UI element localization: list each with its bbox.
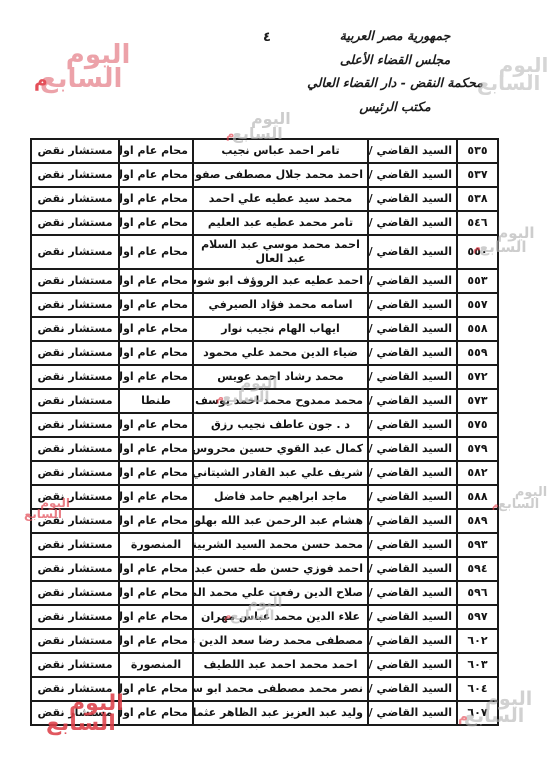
judge-name-cell: احمد عطيه عبد الروؤف ابو شوشه	[193, 269, 368, 293]
row-number-cell: ٦٠٧	[457, 701, 498, 725]
grade-cell: مستشار نقض	[31, 701, 119, 725]
qadi-label-cell: السيد القاضي /	[368, 163, 457, 187]
table-row: ٦٠٧السيد القاضي /وليد عبد العزيز عبد الظ…	[31, 701, 498, 725]
row-number-cell: ٥٤٦	[457, 211, 498, 235]
post-cell: محام عام اول	[119, 293, 193, 317]
grade-cell: مستشار نقض	[31, 389, 119, 413]
letterhead-line-court: محكمة النقض - دار القضاء العالي	[300, 71, 490, 95]
qadi-label-cell: السيد القاضي /	[368, 269, 457, 293]
post-cell: محام عام اول	[119, 677, 193, 701]
judges-table: ٥٣٥السيد القاضي /تامر احمد عباس نجيبمحام…	[30, 138, 499, 726]
grade-cell: مستشار نقض	[31, 187, 119, 211]
post-cell: طنطا	[119, 389, 193, 413]
judge-name-cell: د . جون عاطف نجيب رزق	[193, 413, 368, 437]
row-number-cell: ٥٧٥	[457, 413, 498, 437]
row-number-cell: ٥٨٢	[457, 461, 498, 485]
letterhead-line-council: مجلس القضاء الأعلى	[300, 48, 490, 72]
grade-cell: مستشار نقض	[31, 341, 119, 365]
table-row: ٥٣٥السيد القاضي /تامر احمد عباس نجيبمحام…	[31, 139, 498, 163]
grade-cell: مستشار نقض	[31, 293, 119, 317]
row-number-cell: ٥٧٩	[457, 437, 498, 461]
grade-cell: مستشار نقض	[31, 211, 119, 235]
post-cell: محام عام اول	[119, 509, 193, 533]
qadi-label-cell: السيد القاضي /	[368, 211, 457, 235]
letterhead: جمهورية مصر العربية مجلس القضاء الأعلى م…	[300, 24, 490, 118]
grade-cell: مستشار نقض	[31, 557, 119, 581]
judge-name-cell: محمد ممدوح محمد احمد يوسف	[193, 389, 368, 413]
judge-name-cell: ضياء الدين محمد علي محمود	[193, 341, 368, 365]
qadi-label-cell: السيد القاضي /	[368, 461, 457, 485]
qadi-label-cell: السيد القاضي /	[368, 485, 457, 509]
post-cell: محام عام اول	[119, 235, 193, 269]
row-number-cell: ٥٩٤	[457, 557, 498, 581]
grade-cell: مستشار نقض	[31, 677, 119, 701]
table-row: ٥٥٧السيد القاضي /اسامه محمد فؤاد الصيرفي…	[31, 293, 498, 317]
grade-cell: مستشار نقض	[31, 163, 119, 187]
judge-name-cell: علاء الدين محمد عباس مهران	[193, 605, 368, 629]
row-number-cell: ٥٨٨	[457, 485, 498, 509]
table-row: ٥٧٥السيد القاضي /د . جون عاطف نجيب رزقمح…	[31, 413, 498, 437]
youm7-logo-line1: اليوم	[498, 487, 547, 499]
qadi-label-cell: السيد القاضي /	[368, 509, 457, 533]
row-number-cell: ٥٧٢	[457, 365, 498, 389]
table-row: ٥٨٨السيد القاضي /ماجد ابراهيم حامد فاضلم…	[31, 485, 498, 509]
qadi-label-cell: السيد القاضي /	[368, 629, 457, 653]
table-row: ٥٥٣السيد القاضي /احمد عطيه عبد الروؤف اب…	[31, 269, 498, 293]
grade-cell: مستشار نقض	[31, 139, 119, 163]
table-row: ٦٠٢السيد القاضي /مصطفى محمد رضا سعد الدي…	[31, 629, 498, 653]
table-row: ٦٠٤السيد القاضي /نصر محمد مصطفى محمد ابو…	[31, 677, 498, 701]
qadi-label-cell: السيد القاضي /	[368, 437, 457, 461]
judge-name-cell: احمد محمد احمد عبد اللطيف	[193, 653, 368, 677]
grade-cell: مستشار نقض	[31, 605, 119, 629]
table-row: ٥٨٩السيد القاضي /هشام عبد الرحمن عبد الل…	[31, 509, 498, 533]
row-number-cell: ٥٨٩	[457, 509, 498, 533]
table-row: ٥٥٩السيد القاضي /ضياء الدين محمد علي محم…	[31, 341, 498, 365]
post-cell: محام عام اول	[119, 139, 193, 163]
youm7-logo-line2: السابع	[498, 499, 539, 511]
judge-name-cell: نصر محمد مصطفى محمد ابو سديرة	[193, 677, 368, 701]
letterhead-line-republic: جمهورية مصر العربية	[300, 24, 490, 48]
judge-name-cell: محمد سيد عطيه علي احمد	[193, 187, 368, 211]
post-cell: محام عام اول	[119, 187, 193, 211]
youm7-logo-icon: اليوم السابع م	[40, 44, 130, 92]
judge-name-cell: ماجد ابراهيم حامد فاضل	[193, 485, 368, 509]
qadi-label-cell: السيد القاضي /	[368, 293, 457, 317]
table-row: ٥٥٨السيد القاضي /ايهاب الهام نجيب نوارمح…	[31, 317, 498, 341]
post-cell: محام عام اول	[119, 485, 193, 509]
qadi-label-cell: السيد القاضي /	[368, 533, 457, 557]
row-number-cell: ٥٩٦	[457, 581, 498, 605]
grade-cell: مستشار نقض	[31, 413, 119, 437]
grade-cell: مستشار نقض	[31, 235, 119, 269]
qadi-label-cell: السيد القاضي /	[368, 677, 457, 701]
qadi-label-cell: السيد القاضي /	[368, 139, 457, 163]
post-cell: محام عام اول	[119, 701, 193, 725]
post-cell: محام عام اول	[119, 317, 193, 341]
table-row: ٥٥٠السيد القاضي /احمد محمد موسي عبد السل…	[31, 235, 498, 269]
youm7-logo-line1: اليوم	[40, 44, 130, 68]
qadi-label-cell: السيد القاضي /	[368, 389, 457, 413]
qadi-label-cell: السيد القاضي /	[368, 581, 457, 605]
post-cell: محام عام اول	[119, 581, 193, 605]
table-row: ٦٠٣السيد القاضي /احمد محمد احمد عبد اللط…	[31, 653, 498, 677]
row-number-cell: ٥٧٣	[457, 389, 498, 413]
grade-cell: مستشار نقض	[31, 509, 119, 533]
judge-name-cell: اسامه محمد فؤاد الصيرفي	[193, 293, 368, 317]
row-number-cell: ٦٠٣	[457, 653, 498, 677]
post-cell: المنصورة	[119, 653, 193, 677]
post-cell: محام عام اول	[119, 437, 193, 461]
row-number-cell: ٦٠٤	[457, 677, 498, 701]
qadi-label-cell: السيد القاضي /	[368, 605, 457, 629]
grade-cell: مستشار نقض	[31, 269, 119, 293]
page-number: ٤	[263, 30, 271, 45]
table-row: ٥٩٧السيد القاضي /علاء الدين محمد عباس مه…	[31, 605, 498, 629]
qadi-label-cell: السيد القاضي /	[368, 653, 457, 677]
post-cell: محام عام اول	[119, 269, 193, 293]
row-number-cell: ٥٥٧	[457, 293, 498, 317]
row-number-cell: ٥٩٧	[457, 605, 498, 629]
post-cell: محام عام اول	[119, 413, 193, 437]
grade-cell: مستشار نقض	[31, 365, 119, 389]
post-cell: المنصورة	[119, 533, 193, 557]
youm7-logo-line2: السابع	[40, 68, 122, 92]
judge-name-cell: احمد محمد موسي عبد السلام عبد العال	[193, 235, 368, 269]
table-row: ٥٤٦السيد القاضي /تامر محمد عطيه عبد العل…	[31, 211, 498, 235]
judge-name-cell: هشام عبد الرحمن عبد الله بهلول	[193, 509, 368, 533]
grade-cell: مستشار نقض	[31, 461, 119, 485]
row-number-cell: ٥٥٨	[457, 317, 498, 341]
judges-table-body: ٥٣٥السيد القاضي /تامر احمد عباس نجيبمحام…	[31, 139, 498, 725]
row-number-cell: ٥٣٧	[457, 163, 498, 187]
table-row: ٥٧٢السيد القاضي /محمد رشاد احمد عويسمحام…	[31, 365, 498, 389]
qadi-label-cell: السيد القاضي /	[368, 365, 457, 389]
judge-name-cell: محمد حسن محمد السيد الشربيني	[193, 533, 368, 557]
table-row: ٥٧٣السيد القاضي /محمد ممدوح محمد احمد يو…	[31, 389, 498, 413]
scanned-document-page: ٤ جمهورية مصر العربية مجلس القضاء الأعلى…	[0, 0, 550, 778]
row-number-cell: ٥٩٣	[457, 533, 498, 557]
post-cell: محام عام اول	[119, 341, 193, 365]
post-cell: محام عام اول	[119, 629, 193, 653]
row-number-cell: ٥٥٩	[457, 341, 498, 365]
qadi-label-cell: السيد القاضي /	[368, 187, 457, 211]
grade-cell: مستشار نقض	[31, 437, 119, 461]
youm7-logo-accent-icon: م	[34, 72, 48, 91]
qadi-label-cell: السيد القاضي /	[368, 341, 457, 365]
grade-cell: مستشار نقض	[31, 629, 119, 653]
row-number-cell: ٥٥٠	[457, 235, 498, 269]
qadi-label-cell: السيد القاضي /	[368, 235, 457, 269]
table-row: ٥٧٩السيد القاضي /كمال عبد القوي حسين محر…	[31, 437, 498, 461]
letterhead-line-office: مكتب الرئيس	[300, 95, 490, 119]
row-number-cell: ٥٣٨	[457, 187, 498, 211]
post-cell: محام عام اول	[119, 365, 193, 389]
judge-name-cell: ايهاب الهام نجيب نوار	[193, 317, 368, 341]
grade-cell: مستشار نقض	[31, 317, 119, 341]
judge-name-cell: صلاح الدين رفعت علي محمد المرسي	[193, 581, 368, 605]
post-cell: محام عام اول	[119, 163, 193, 187]
judge-name-cell: احمد فوزي حسن طه حسن عبد الواحد	[193, 557, 368, 581]
table-row: ٥٩٦السيد القاضي /صلاح الدين رفعت علي محم…	[31, 581, 498, 605]
row-number-cell: ٥٥٣	[457, 269, 498, 293]
post-cell: محام عام اول	[119, 605, 193, 629]
grade-cell: مستشار نقض	[31, 581, 119, 605]
youm7-logo-line1: اليوم	[232, 112, 291, 127]
judge-name-cell: احمد محمد جلال مصطفى صفوت	[193, 163, 368, 187]
table-row: ٥٨٢السيد القاضي /شريف علي عبد القادر الش…	[31, 461, 498, 485]
qadi-label-cell: السيد القاضي /	[368, 557, 457, 581]
table-row: ٥٩٣السيد القاضي /محمد حسن محمد السيد الش…	[31, 533, 498, 557]
grade-cell: مستشار نقض	[31, 533, 119, 557]
judge-name-cell: محمد رشاد احمد عويس	[193, 365, 368, 389]
judge-name-cell: تامر محمد عطيه عبد العليم	[193, 211, 368, 235]
grade-cell: مستشار نقض	[31, 653, 119, 677]
post-cell: محام عام اول	[119, 211, 193, 235]
judge-name-cell: مصطفى محمد رضا سعد الدين توفيق	[193, 629, 368, 653]
judge-name-cell: شريف علي عبد القادر الشيتاني	[193, 461, 368, 485]
grade-cell: مستشار نقض	[31, 485, 119, 509]
table-row: ٥٣٧السيد القاضي /احمد محمد جلال مصطفى صف…	[31, 163, 498, 187]
row-number-cell: ٦٠٢	[457, 629, 498, 653]
table-row: ٥٣٨السيد القاضي /محمد سيد عطيه علي احمدم…	[31, 187, 498, 211]
judge-name-cell: وليد عبد العزيز عبد الظاهر عثمان	[193, 701, 368, 725]
judge-name-cell: كمال عبد القوي حسين محروس	[193, 437, 368, 461]
row-number-cell: ٥٣٥	[457, 139, 498, 163]
youm7-watermark-icon: اليوم السابع م	[498, 487, 547, 511]
qadi-label-cell: السيد القاضي /	[368, 317, 457, 341]
qadi-label-cell: السيد القاضي /	[368, 413, 457, 437]
table-row: ٥٩٤السيد القاضي /احمد فوزي حسن طه حسن عب…	[31, 557, 498, 581]
judge-name-cell: تامر احمد عباس نجيب	[193, 139, 368, 163]
post-cell: محام عام اول	[119, 557, 193, 581]
qadi-label-cell: السيد القاضي /	[368, 701, 457, 725]
post-cell: محام عام اول	[119, 461, 193, 485]
